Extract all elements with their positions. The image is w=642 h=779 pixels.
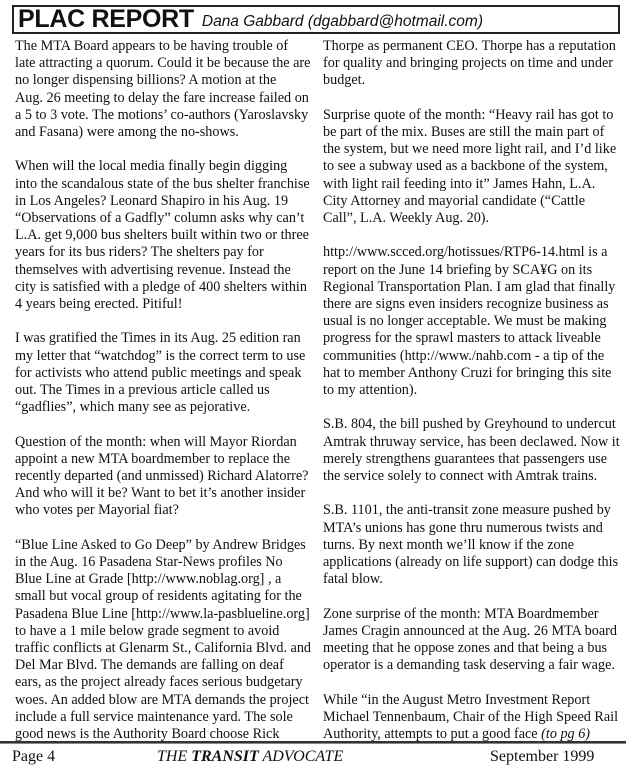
- left-column: The MTA Board appears to be having troub…: [15, 38, 315, 743]
- paragraph-watchdog: I was gratified the Times in its Aug. 25…: [15, 330, 315, 416]
- publication-bold: TRANSIT: [191, 748, 259, 765]
- publication-name: THE TRANSIT ADVOCATE: [157, 748, 343, 766]
- page-number: Page 4: [12, 748, 55, 766]
- paragraph-surprise-quote: Surprise quote of the month: “Heavy rail…: [323, 107, 621, 227]
- paragraph-question-of-month: Question of the month: when will Mayor R…: [15, 434, 315, 520]
- issue-date: September 1999: [490, 748, 594, 766]
- paragraph-blue-line: “Blue Line Asked to Go Deep” by Andrew B…: [15, 537, 315, 743]
- footer-divider: [0, 741, 626, 744]
- author-byline: Dana Gabbard (dgabbard@hotmail.com): [202, 13, 483, 31]
- paragraph-zone-surprise: Zone surprise of the month: MTA Boardmem…: [323, 606, 621, 675]
- continuation-note: (to pg 6): [541, 726, 590, 742]
- paragraph-rtp-report: http://www.scced.org/hotissues/RTP6-14.h…: [323, 244, 621, 399]
- page-footer: Page 4 THE TRANSIT ADVOCATE September 19…: [0, 748, 642, 770]
- report-title: PLAC REPORT: [18, 7, 194, 32]
- publication-prefix: THE: [157, 748, 191, 765]
- paragraph-sb-804: S.B. 804, the bill pushed by Greyhound t…: [323, 416, 621, 485]
- paragraph-thorpe: Thorpe as permanent CEO. Thorpe has a re…: [323, 38, 621, 90]
- paragraph-bus-shelters: When will the local media finally begin …: [15, 158, 315, 313]
- paragraph-quorum: The MTA Board appears to be having troub…: [15, 38, 315, 141]
- report-header: PLAC REPORT Dana Gabbard (dgabbard@hotma…: [12, 5, 620, 34]
- paragraph-sb-1101: S.B. 1101, the anti-transit zone measure…: [323, 502, 621, 588]
- right-column: Thorpe as permanent CEO. Thorpe has a re…: [323, 38, 621, 743]
- paragraph-metro-investment: While “in the August Metro Investment Re…: [323, 692, 621, 744]
- publication-suffix: ADVOCATE: [259, 748, 343, 765]
